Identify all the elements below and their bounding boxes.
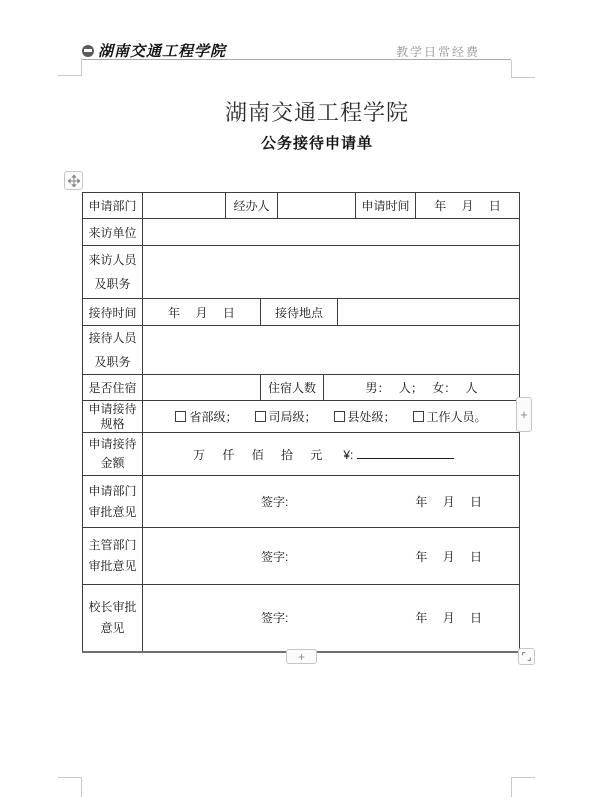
document-subtitle: 公务接待申请单 bbox=[0, 132, 600, 153]
input-cell-apply-dept[interactable] bbox=[143, 193, 226, 219]
input-cell-visiting-unit[interactable] bbox=[143, 219, 520, 246]
table-row: 接待人员 及职务 bbox=[83, 326, 520, 375]
label-reception-amount: 申请接待 金额 bbox=[83, 433, 143, 476]
label-supervisor-approval: 主管部门 审批意见 bbox=[83, 528, 143, 585]
table-row: 主管部门 审批意见 签字: 年 月 日 bbox=[83, 528, 520, 585]
signature-label: 签字: bbox=[261, 548, 288, 565]
plus-icon: + bbox=[298, 650, 305, 664]
checkbox-icon[interactable] bbox=[255, 411, 266, 422]
signature-date: 年 月 日 bbox=[415, 548, 482, 565]
label-apply-dept: 申请部门 bbox=[83, 193, 143, 219]
table-row: 来访人员 及职务 bbox=[83, 246, 520, 299]
header-logo-text: 湖南交通工程学院 bbox=[98, 40, 226, 61]
input-cell-visitors[interactable] bbox=[143, 246, 520, 299]
plus-icon: + bbox=[520, 407, 528, 422]
label-visiting-unit: 来访单位 bbox=[83, 219, 143, 246]
margin-mark-top-right bbox=[511, 60, 535, 78]
signature-label: 签字: bbox=[261, 609, 288, 626]
document-title: 湖南交通工程学院 bbox=[0, 96, 600, 127]
input-cell-handler[interactable] bbox=[278, 193, 356, 219]
dept-approval-cell[interactable]: 签字: 年 月 日 bbox=[143, 476, 520, 528]
label-reception-staff: 接待人员 及职务 bbox=[83, 326, 143, 375]
label-visitors-positions: 来访人员 及职务 bbox=[83, 246, 143, 299]
option-county[interactable]: 县处级； bbox=[334, 408, 396, 425]
table-move-icon bbox=[68, 175, 80, 187]
input-cell-lodging[interactable] bbox=[143, 375, 261, 401]
input-cell-reception-date[interactable]: 年 月 日 bbox=[143, 299, 261, 326]
signature-label: 签字: bbox=[261, 493, 288, 510]
diagonal-resize-icon bbox=[521, 651, 532, 662]
table-row: 来访单位 bbox=[83, 219, 520, 246]
label-president-approval: 校长审批 意见 bbox=[83, 585, 143, 652]
signature-date: 年 月 日 bbox=[415, 493, 482, 510]
label-dept-approval: 申请部门 审批意见 bbox=[83, 476, 143, 528]
amount-units: 万 仟 佰 拾 元 bbox=[193, 446, 322, 463]
option-staff[interactable]: 工作人员。 bbox=[413, 408, 487, 425]
margin-mark-bottom-left bbox=[58, 777, 82, 797]
checkbox-icon[interactable] bbox=[334, 411, 345, 422]
spec-options-cell: 省部级； 司局级； 县处级； 工作人员。 bbox=[143, 401, 520, 433]
checkbox-icon[interactable] bbox=[413, 411, 424, 422]
table-resize-handle[interactable] bbox=[518, 648, 535, 665]
table-row: 校长审批 意见 签字: 年 月 日 bbox=[83, 585, 520, 652]
amount-cell[interactable]: 万 仟 佰 拾 元 ¥: bbox=[143, 433, 520, 476]
label-reception-spec: 申请接待 规格 bbox=[83, 401, 143, 433]
reception-form-table: 申请部门 经办人 申请时间 年 月 日 来访单位 来访人员 及职务 接待时间 年… bbox=[82, 192, 520, 653]
label-apply-time: 申请时间 bbox=[356, 193, 416, 219]
document-page: 湖南交通工程学院 教学日常经费 湖南交通工程学院 公务接待申请单 申请部门 经办… bbox=[0, 0, 600, 806]
input-cell-lodging-count[interactable]: 男： 人； 女： 人 bbox=[324, 375, 520, 401]
label-lodging: 是否住宿 bbox=[83, 375, 143, 401]
label-handler: 经办人 bbox=[226, 193, 278, 219]
margin-mark-top-left bbox=[58, 58, 82, 76]
table-move-handle[interactable] bbox=[64, 171, 83, 190]
add-row-button[interactable]: + bbox=[286, 649, 317, 664]
supervisor-approval-cell[interactable]: 签字: 年 月 日 bbox=[143, 528, 520, 585]
table-row: 接待时间 年 月 日 接待地点 bbox=[83, 299, 520, 326]
header-logo: 湖南交通工程学院 bbox=[82, 40, 226, 61]
add-column-button[interactable]: + bbox=[516, 397, 532, 432]
option-bureau[interactable]: 司局级； bbox=[255, 408, 317, 425]
header-rule bbox=[82, 59, 511, 60]
table-row: 申请部门 审批意见 签字: 年 月 日 bbox=[83, 476, 520, 528]
signature-date: 年 月 日 bbox=[415, 609, 482, 626]
input-cell-reception-place[interactable] bbox=[338, 299, 520, 326]
table-row: 申请接待 规格 省部级； 司局级； 县处级； bbox=[83, 401, 520, 433]
header-right-text: 教学日常经费 bbox=[396, 43, 480, 60]
label-lodging-count: 住宿人数 bbox=[261, 375, 324, 401]
checkbox-icon[interactable] bbox=[175, 411, 186, 422]
input-cell-apply-date[interactable]: 年 月 日 bbox=[416, 193, 520, 219]
table-row: 申请部门 经办人 申请时间 年 月 日 bbox=[83, 193, 520, 219]
president-approval-cell[interactable]: 签字: 年 月 日 bbox=[143, 585, 520, 652]
margin-mark-bottom-right bbox=[511, 777, 535, 797]
label-reception-time: 接待时间 bbox=[83, 299, 143, 326]
amount-blank-line[interactable] bbox=[357, 446, 454, 459]
school-emblem-icon bbox=[82, 45, 94, 57]
label-reception-place: 接待地点 bbox=[261, 299, 338, 326]
amount-currency: ¥: bbox=[343, 448, 353, 462]
table-row: 申请接待 金额 万 仟 佰 拾 元 ¥: bbox=[83, 433, 520, 476]
option-provincial[interactable]: 省部级； bbox=[175, 408, 237, 425]
table-row: 是否住宿 住宿人数 男： 人； 女： 人 bbox=[83, 375, 520, 401]
input-cell-reception-staff[interactable] bbox=[143, 326, 520, 375]
